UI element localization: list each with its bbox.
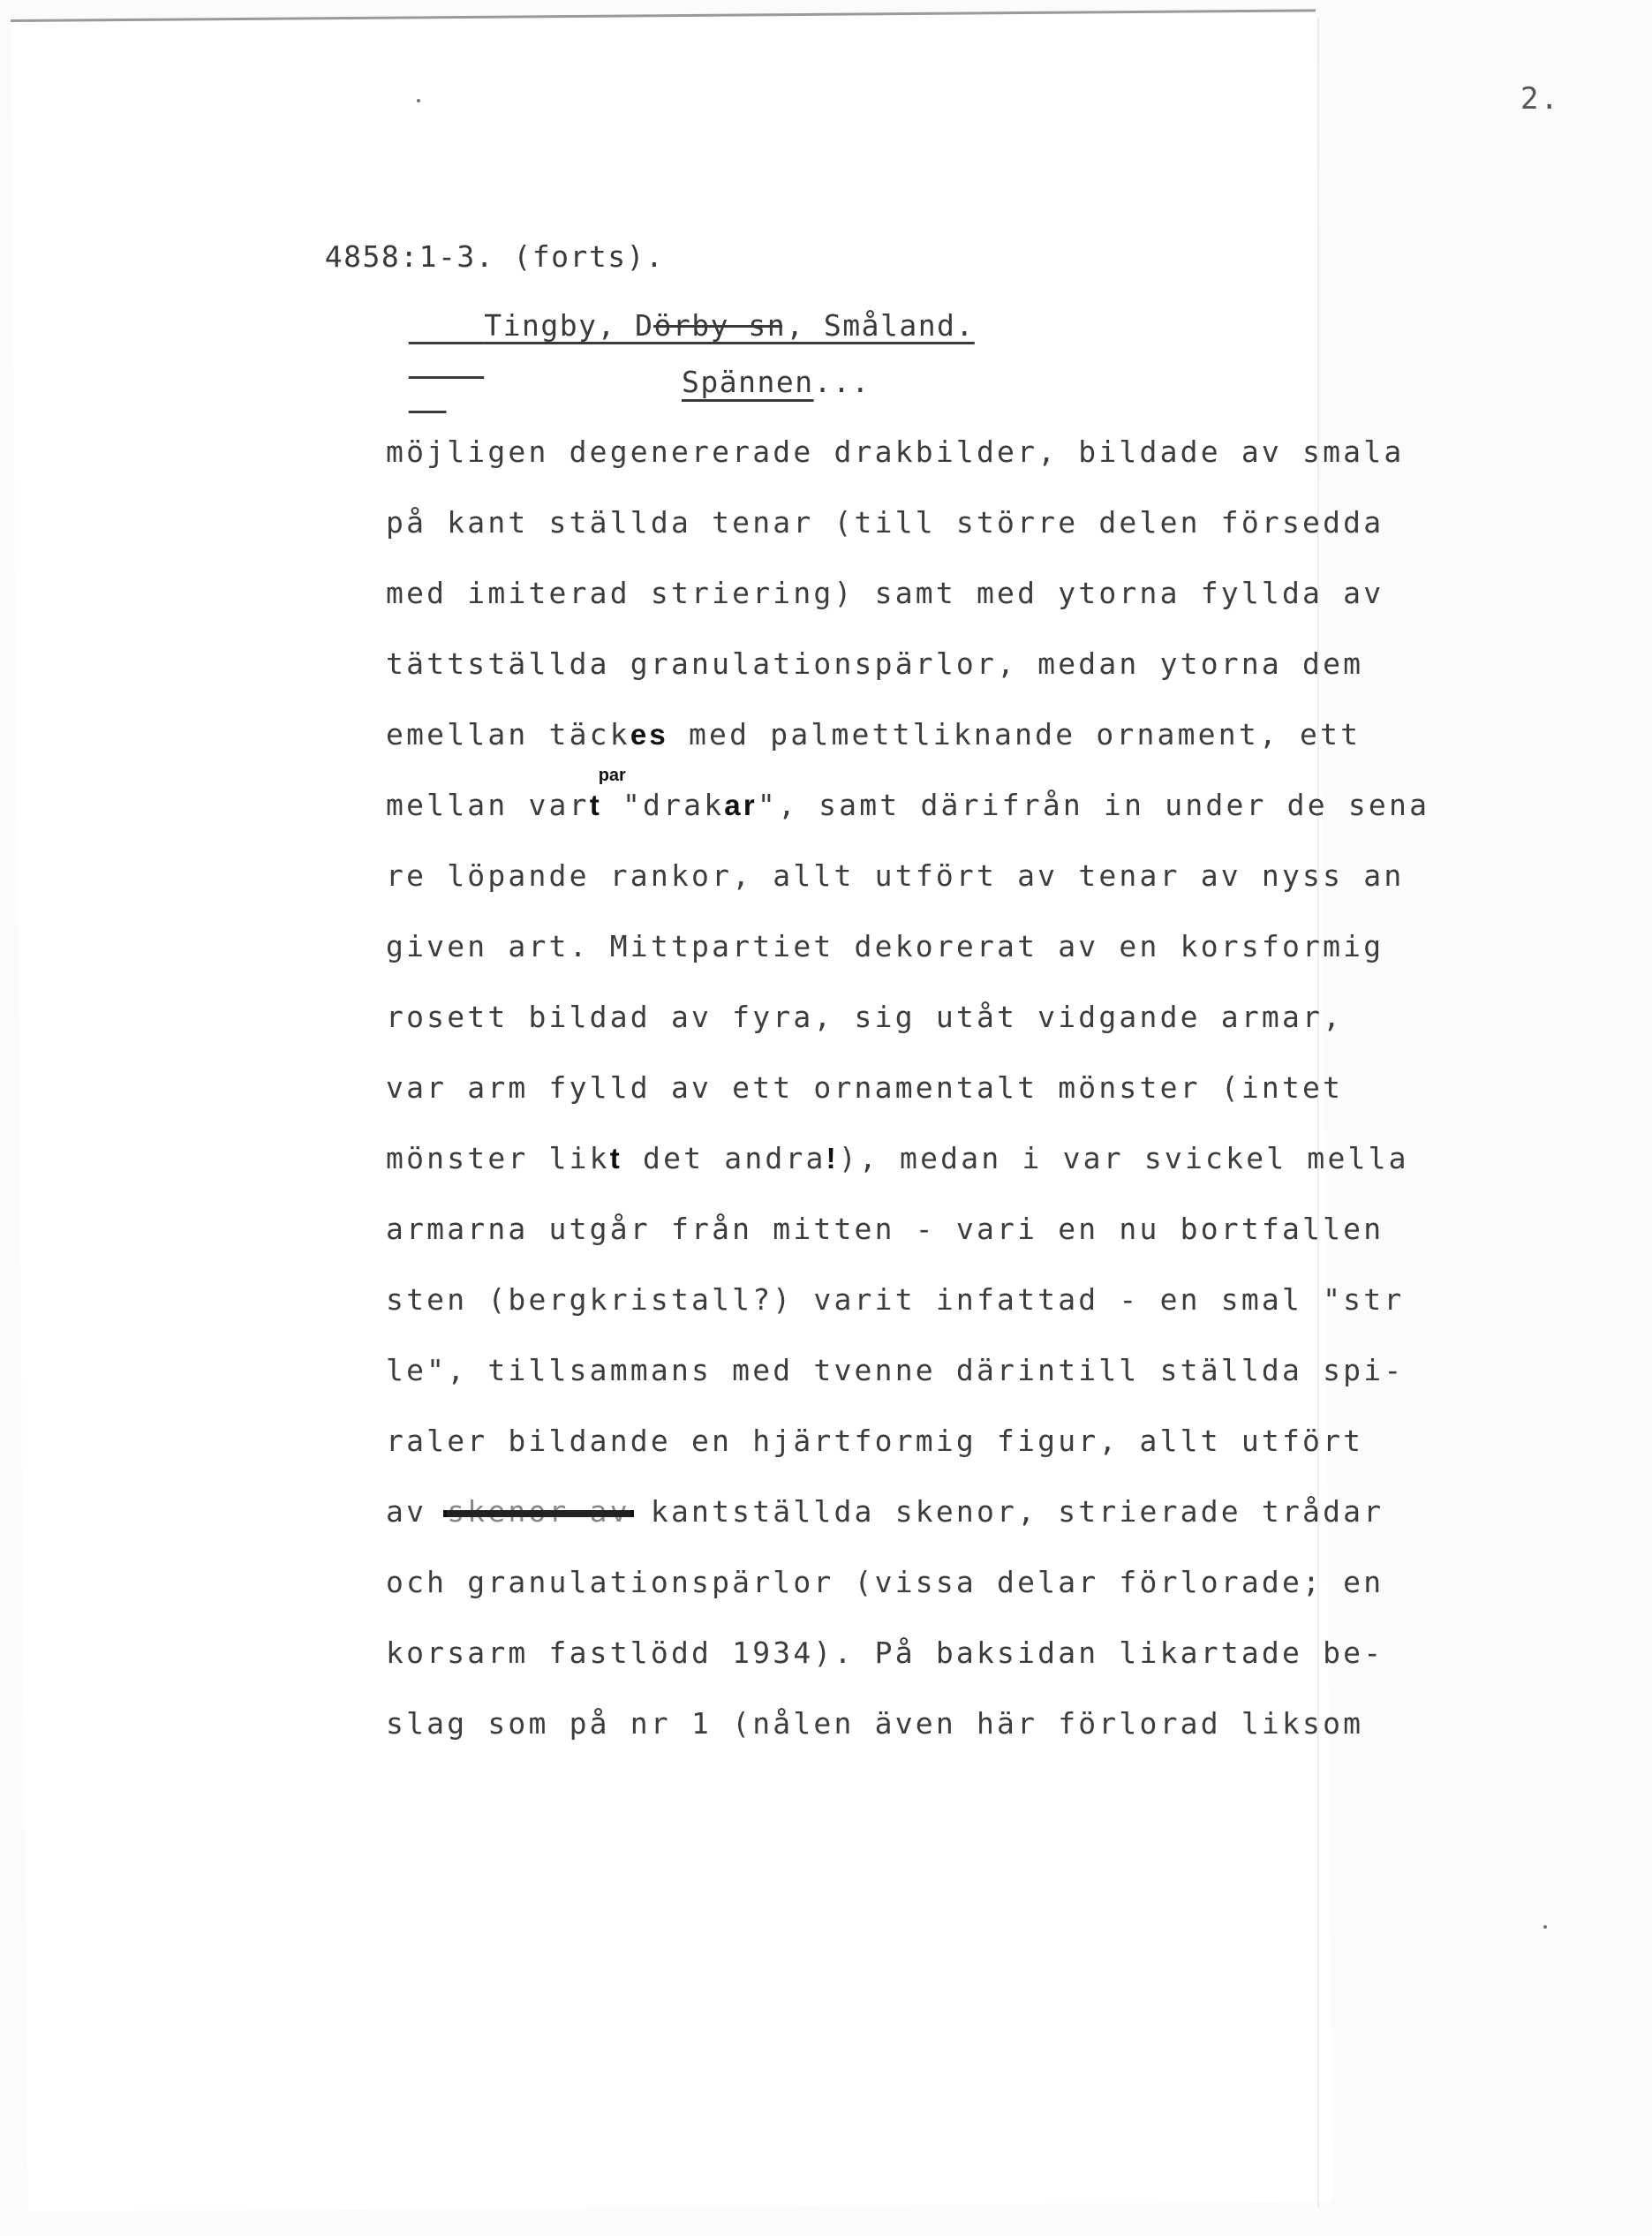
typed-text: av bbox=[386, 1494, 447, 1529]
text-line: på kant ställda tenar (till större delen… bbox=[386, 505, 1622, 576]
typed-text: med palmettliknande ornament, ett bbox=[668, 717, 1361, 752]
section-title: Spännen... bbox=[682, 365, 871, 399]
handwritten-correction: ar bbox=[724, 789, 758, 821]
handwritten-correction: t bbox=[610, 1142, 622, 1175]
handwritten-correction: es bbox=[630, 718, 668, 751]
document-header: 4858:1-3. (forts). Tingby, Dörby sn, Små… bbox=[287, 205, 975, 412]
text-line: tättställda granulationspärlor, medan yt… bbox=[386, 646, 1622, 717]
catalog-reference: 4858:1-3. (forts). bbox=[325, 239, 665, 274]
text-line: mönster likt det andra!), medan i var sv… bbox=[386, 1141, 1622, 1212]
typed-text: ), medan i var svickel mella bbox=[839, 1141, 1409, 1175]
body-text: möjligen degenererade drakbilder, bildad… bbox=[386, 434, 1622, 1777]
text-line: slag som på nr 1 (nålen även här förlora… bbox=[386, 1706, 1622, 1777]
text-line: av skenor av kantställda skenor, striera… bbox=[386, 1494, 1622, 1565]
text-line: raler bildande en hjärtformig figur, all… bbox=[386, 1424, 1622, 1494]
double-underline-mark bbox=[653, 325, 782, 328]
text-line: korsarm fastlödd 1934). På baksidan lika… bbox=[386, 1635, 1622, 1706]
insertion-mark: tpar bbox=[590, 788, 602, 823]
struck-out-text: skenor av bbox=[447, 1494, 630, 1530]
text-line: möjligen degenererade drakbilder, bildad… bbox=[386, 434, 1622, 505]
handwritten-correction: t bbox=[590, 789, 602, 821]
text-line: mellan vartpar "drakar", samt därifrån i… bbox=[386, 788, 1622, 858]
typed-text: mönster lik bbox=[386, 1141, 610, 1175]
text-line: re löpande rankor, allt utfört av tenar … bbox=[386, 858, 1622, 929]
text-line: sten (bergkristall?) varit infattad - en… bbox=[386, 1282, 1622, 1353]
text-line: med imiterad striering) samt med ytorna … bbox=[386, 576, 1622, 646]
text-line: var arm fylld av ett ornamentalt mönster… bbox=[386, 1070, 1622, 1141]
text-line: emellan täckes med palmettliknande ornam… bbox=[386, 717, 1622, 788]
typed-text: det andra bbox=[622, 1141, 826, 1175]
text-line: och granulationspärlor (vissa delar förl… bbox=[386, 1565, 1622, 1635]
paper-speck bbox=[1543, 1925, 1547, 1929]
text-line: rosett bildad av fyra, sig utåt vidgande… bbox=[386, 1000, 1622, 1070]
typed-text: mellan var bbox=[386, 788, 590, 822]
text-line: given art. Mittpartiet dekorerat av en k… bbox=[386, 929, 1622, 1000]
section-title-text: Spännen bbox=[682, 365, 814, 399]
handwritten-insertion: par bbox=[599, 758, 626, 793]
typed-text: emellan täck bbox=[386, 717, 630, 752]
typed-text: kantställda skenor, strierade trådar bbox=[630, 1494, 1384, 1529]
typed-text: ", samt därifrån in under de sena bbox=[758, 788, 1429, 822]
handwritten-correction: ! bbox=[826, 1142, 839, 1175]
text-line: le", tillsammans med tvenne därintill st… bbox=[386, 1353, 1622, 1424]
page-number: 2. bbox=[1520, 81, 1560, 117]
text-line: armarna utgår från mitten - vari en nu b… bbox=[386, 1212, 1622, 1282]
section-title-ellipsis: ... bbox=[814, 365, 871, 399]
paper-speck bbox=[417, 99, 420, 102]
